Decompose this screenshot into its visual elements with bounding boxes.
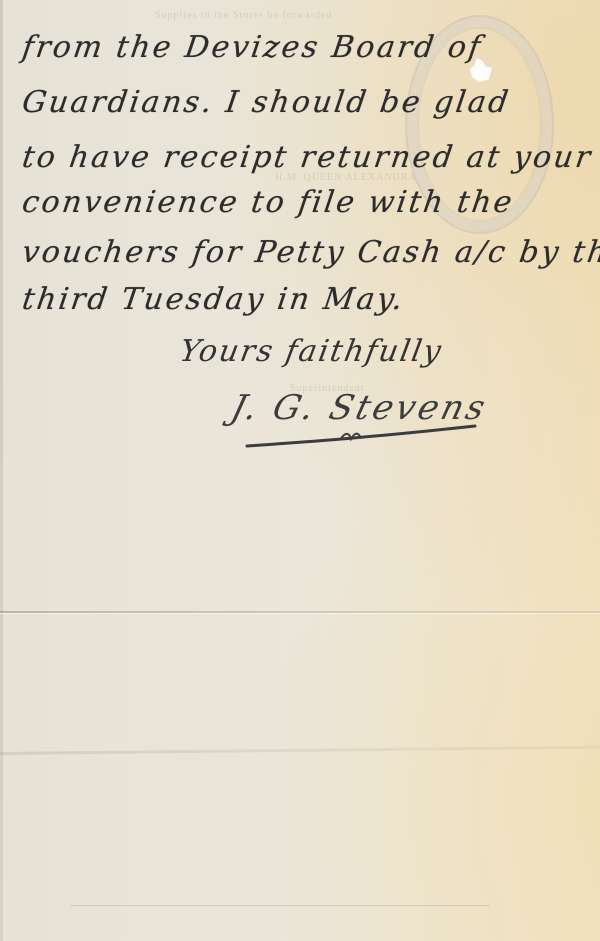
- fold-line: [0, 746, 600, 755]
- bleed-through-rule: [70, 905, 490, 906]
- letter-line-4: convenience to file with the: [20, 185, 516, 220]
- letter-closing: Yours faithfully: [177, 334, 446, 369]
- letter-line-6: third Tuesday in May.: [20, 282, 407, 317]
- fold-line: [0, 611, 600, 613]
- letter-page: Supplies to the Stores be forwarded H.M.…: [0, 0, 600, 941]
- letter-line-2: Guardians. I should be glad: [20, 85, 513, 120]
- page-edge: [0, 0, 3, 941]
- bleed-through-text: Supplies to the Stores be forwarded: [155, 10, 332, 21]
- letter-line-3: to have receipt returned at your: [20, 140, 595, 175]
- letter-line-1: from the Devizes Board of: [20, 30, 485, 65]
- letter-line-5: vouchers for Petty Cash a/c by the: [20, 235, 600, 270]
- signature-flourish: [245, 420, 480, 450]
